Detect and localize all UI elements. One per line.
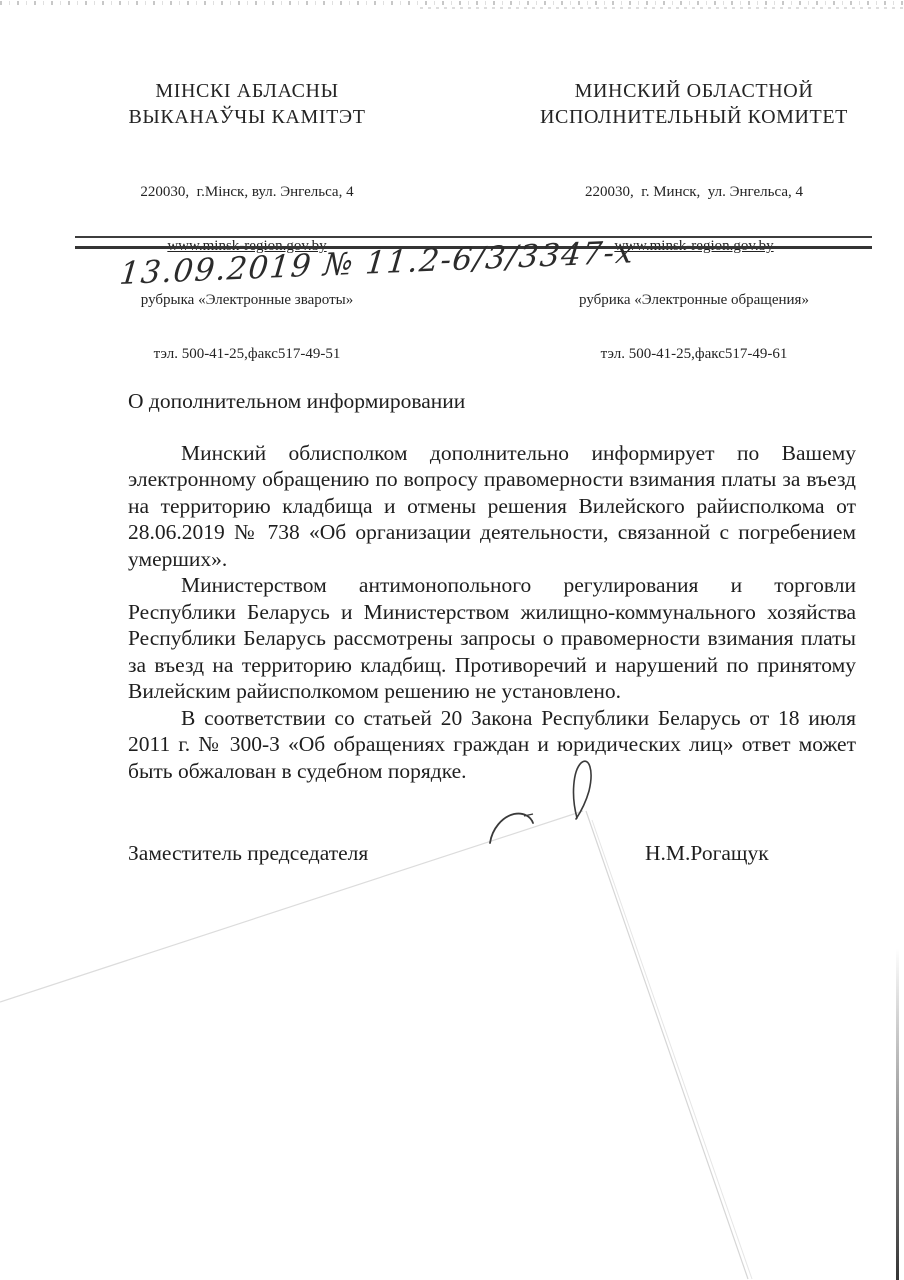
letter-body: О дополнительном информировании Минский …: [128, 388, 856, 784]
signature-position-title: Заместитель председателя: [128, 841, 368, 866]
paragraph-2: Министерством антимонопольного регулиров…: [128, 572, 856, 705]
org-name-line2: ИСПОЛНИТЕЛЬНЫЙ КОМИТЕТ: [505, 104, 883, 130]
rubric-line: рубрыка «Электронные звароты»: [87, 291, 407, 309]
rubric-line: рубрика «Электронные обращения»: [505, 291, 883, 309]
page-edge-shadow: [896, 948, 899, 1280]
paragraph-1: Минский облисполком дополнительно информ…: [128, 440, 856, 573]
address-line: 220030, г.Мінск, вул. Энгельса, 4: [87, 183, 407, 201]
address-line: 220030, г. Минск, ул. Энгельса, 4: [505, 183, 883, 201]
org-name-russian: МИНСКИЙ ОБЛАСТНОЙ ИСПОЛНИТЕЛЬНЫЙ КОМИТЕТ: [505, 78, 883, 130]
org-name-line2: ВЫКАНАЎЧЫ КАМІТЭТ: [87, 104, 407, 130]
org-name-line1: МИНСКИЙ ОБЛАСТНОЙ: [505, 78, 883, 104]
crease-line-right-2: [592, 820, 752, 1279]
scan-noise-top: [0, 1, 904, 5]
paragraph-3: В соответствии со статьей 20 Закона Респ…: [128, 705, 856, 785]
scan-noise-top-right: [420, 7, 904, 9]
signature-scribble-arc: [490, 814, 533, 843]
subject-line: О дополнительном информировании: [128, 388, 856, 415]
org-name-belarusian: МІНСКІ АБЛАСНЫ ВЫКАНАЎЧЫ КАМІТЭТ: [87, 78, 407, 130]
crease-line-right: [586, 811, 748, 1279]
crease-line-left: [0, 811, 583, 1002]
org-name-line1: МІНСКІ АБЛАСНЫ: [87, 78, 407, 104]
phone-line: тэл. 500-41-25,факс517-49-51: [87, 345, 407, 363]
scanned-letter-page: МІНСКІ АБЛАСНЫ ВЫКАНАЎЧЫ КАМІТЭТ 220030,…: [0, 0, 904, 1280]
signature-scribble-tick: [524, 814, 533, 816]
signature-name: Н.М.Рогащук: [645, 841, 769, 866]
phone-line: тэл. 500-41-25,факс517-49-61: [505, 345, 883, 363]
